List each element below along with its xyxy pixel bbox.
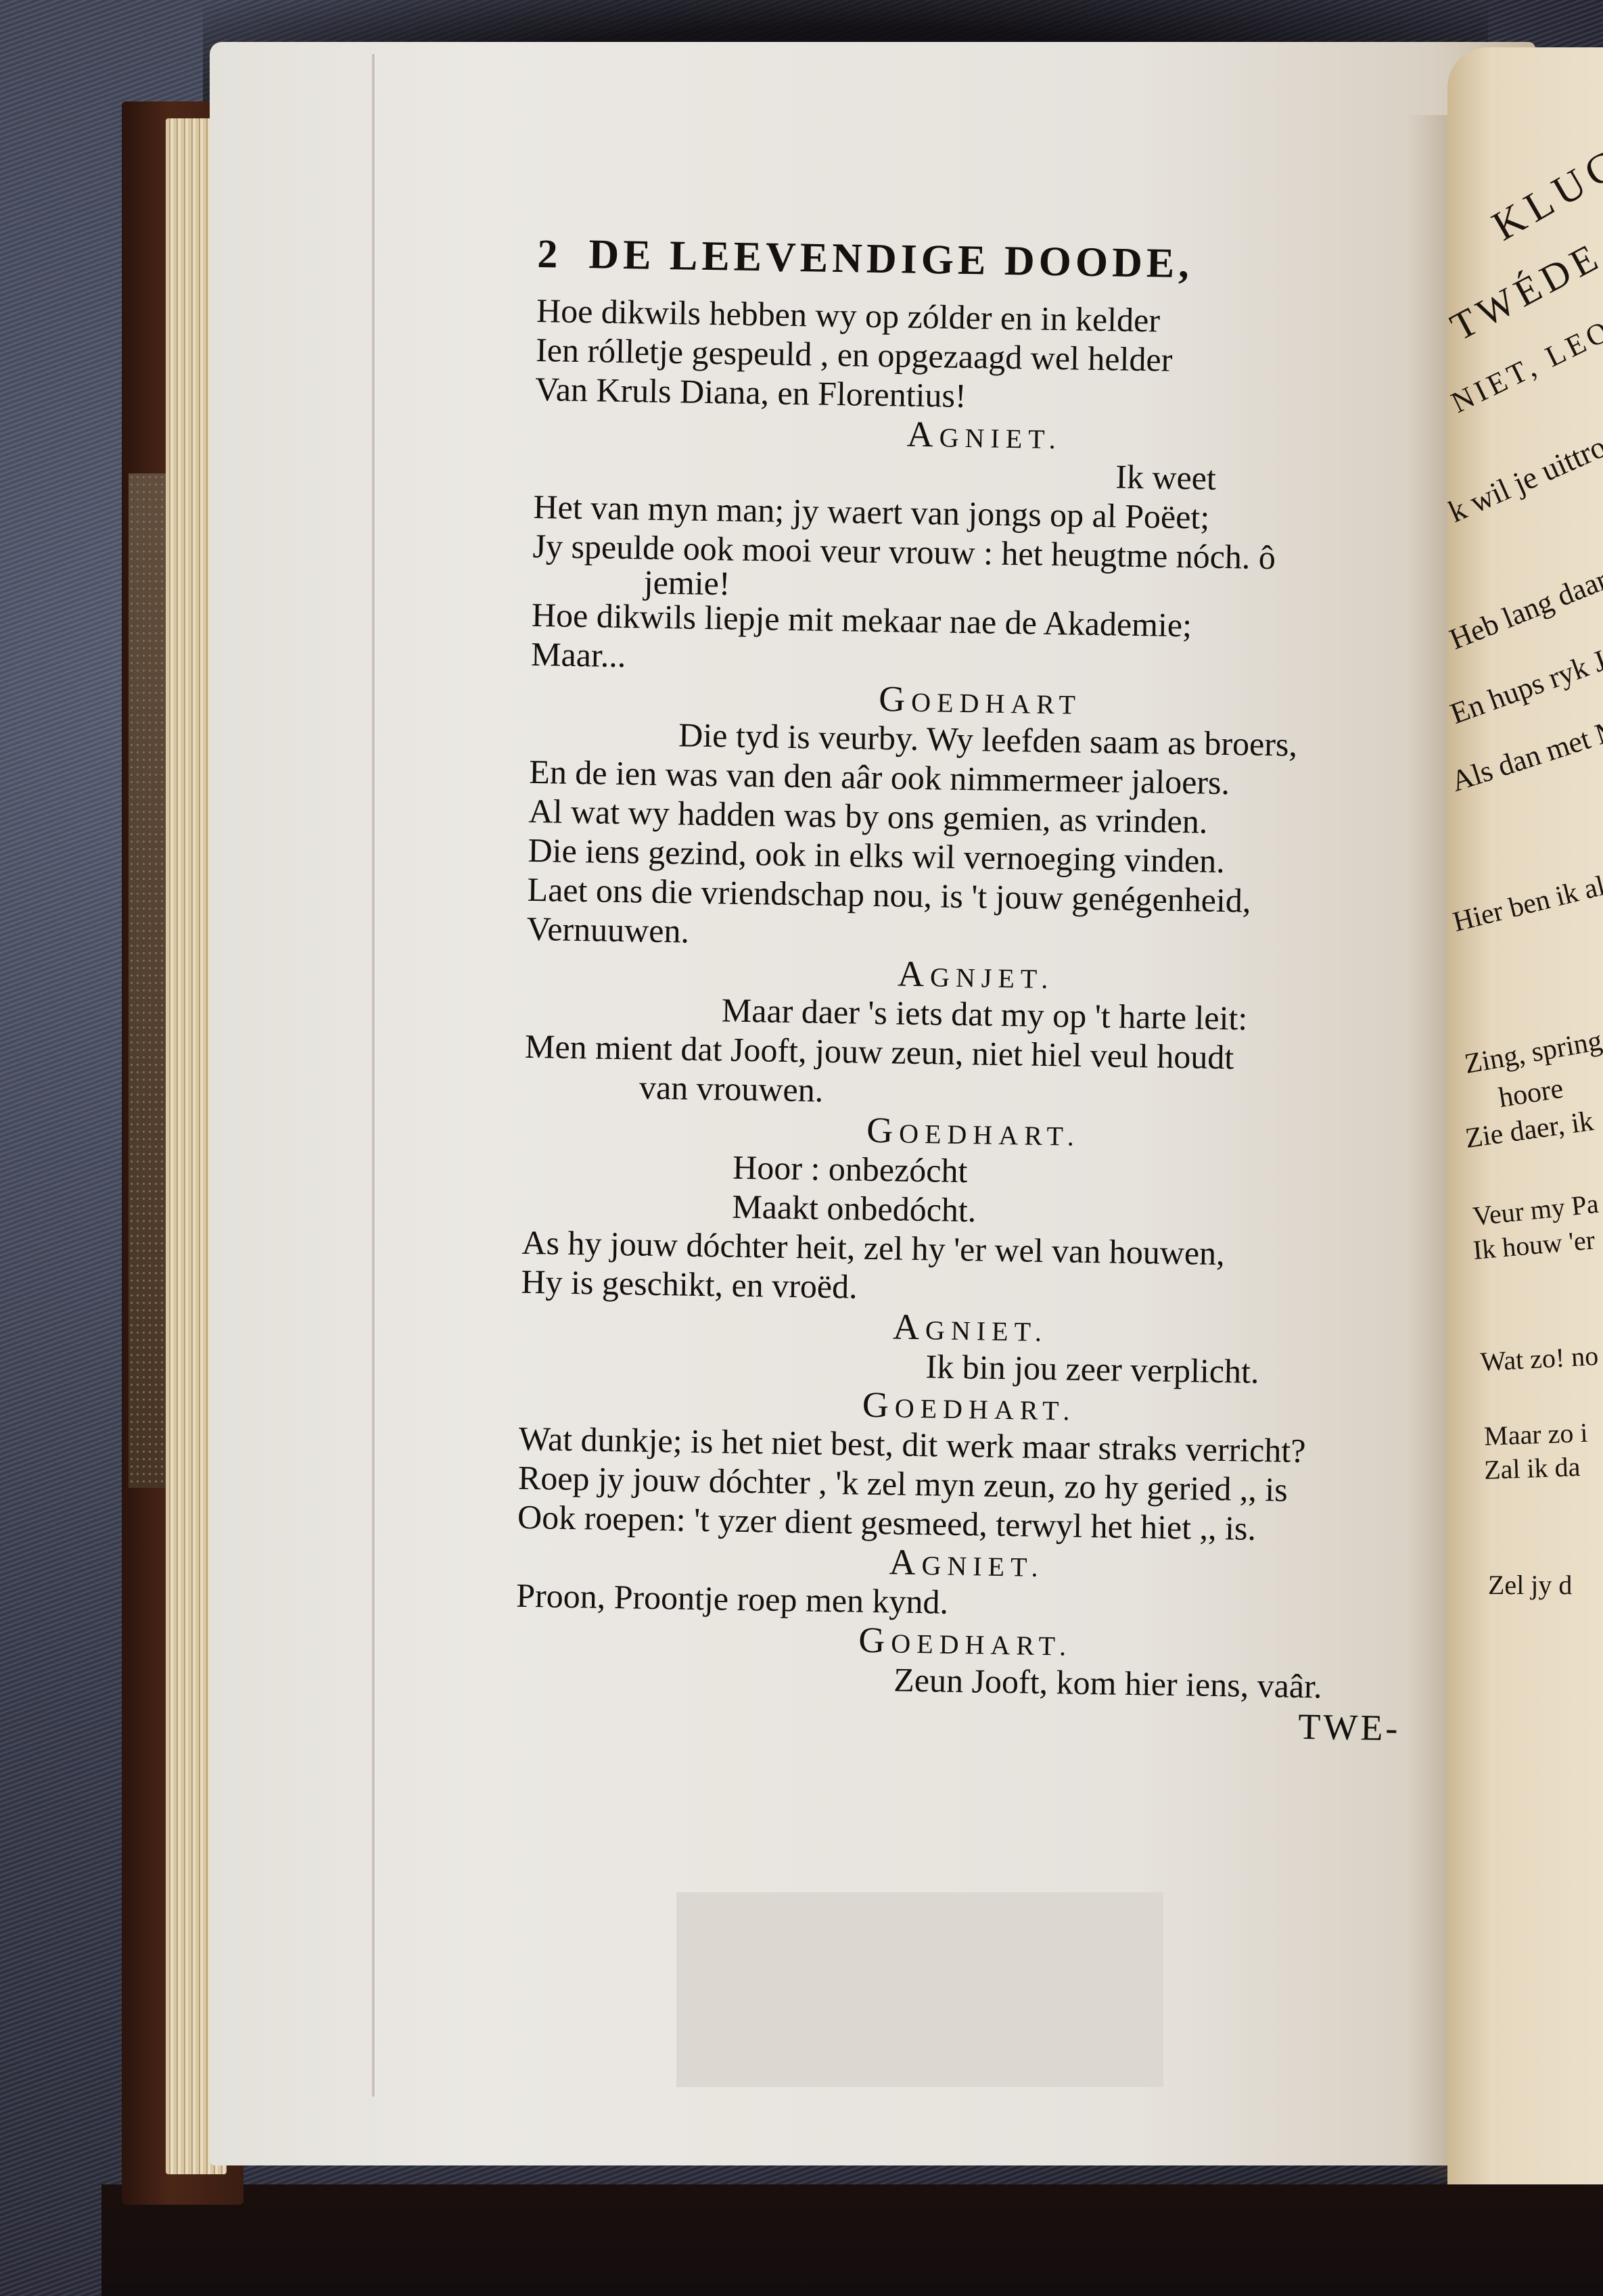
right-page-line: Hier ben ik al — [1449, 870, 1603, 939]
right-page-line: hoore — [1496, 1073, 1565, 1115]
shadow-bottom — [101, 2184, 1603, 2296]
right-page-line: Zel jy d — [1488, 1569, 1572, 1601]
page-text-block: 2 DE LEEVENDIGE DOODE, Hoe dikwils hebbe… — [514, 230, 1437, 1750]
right-page-fragment: KLUG TWÉDE NIET, LEON k wil je uittrouw … — [1447, 47, 1603, 2184]
right-page-line: Zal ik da — [1483, 1451, 1581, 1486]
right-page-line: Heb lang daar n — [1447, 554, 1603, 657]
right-page-line: Zing, spring — [1462, 1025, 1603, 1081]
page-fold-line — [372, 54, 375, 2096]
right-page-line: Wat zo! no — [1480, 1340, 1600, 1378]
redacted-stamp-area — [676, 1892, 1163, 2087]
running-title: DE LEEVENDIGE DOODE, — [588, 231, 1193, 288]
right-page-line: k wil je uittrouw — [1447, 413, 1603, 530]
page-number: 2 — [537, 231, 562, 278]
right-page-line: Maar zo i — [1483, 1417, 1588, 1452]
right-page-line: Zie daer, ik — [1463, 1105, 1596, 1155]
